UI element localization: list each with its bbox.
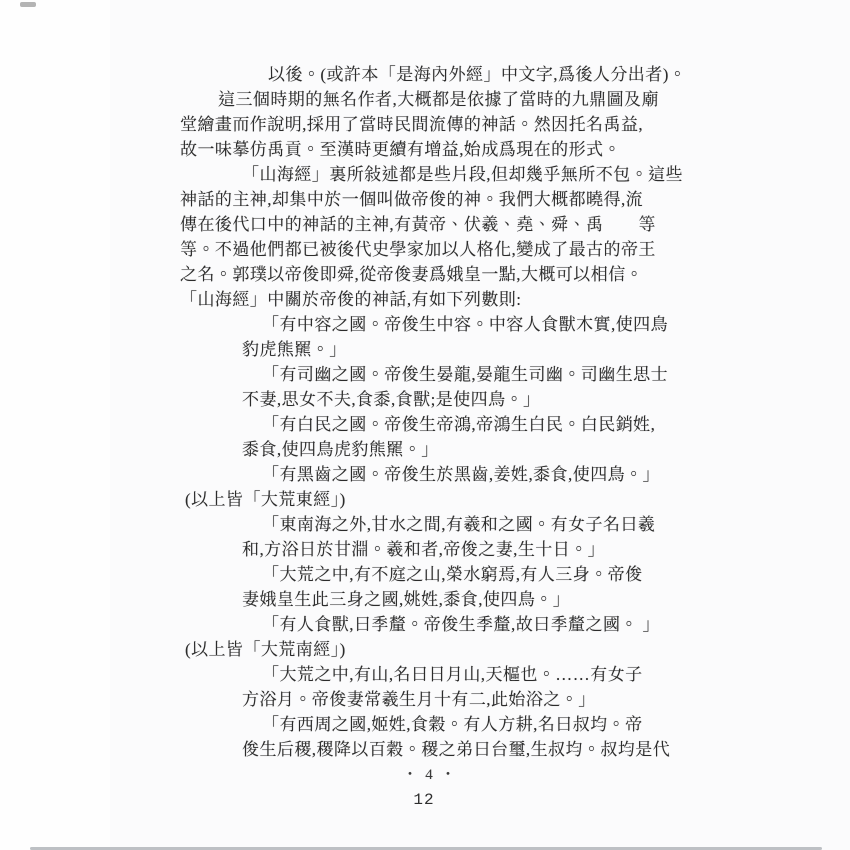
text-line: 黍食,使四鳥虎豹熊羆。」 [180, 437, 680, 462]
text-line: 不妻,思女不夫,食黍,食獸;是使四鳥。」 [180, 387, 680, 412]
text-line: 神話的主神,却集中於一個叫做帝俊的神。我們大概都曉得,流 [180, 187, 680, 212]
text-line: 傳在後代口中的神話的主神,有黃帝、伏羲、堯、舜、禹 等 [180, 212, 680, 237]
text-line: 「有西周之國,姬姓,食穀。有人方耕,名曰叔均。帝 [180, 712, 680, 737]
text-line: 這三個時期的無名作者,大概都是依據了當時的九鼎圖及廟 [180, 87, 680, 112]
text-line: 「有人食獸,曰季釐。帝俊生季釐,故曰季釐之國。 」 [180, 612, 680, 637]
text-line: 「東南海之外,甘水之間,有羲和之國。有女子名曰羲 [180, 512, 680, 537]
text-line: 俊生后稷,稷降以百穀。稷之弟曰台璽,生叔均。叔均是代 [180, 737, 680, 762]
text-line: 和,方浴日於甘淵。羲和者,帝俊之妻,生十日。」 [180, 537, 680, 562]
text-line: 「大荒之中,有山,名曰日月山,天樞也。……有女子 [180, 662, 680, 687]
page-number: 12 [0, 791, 848, 809]
text-line: 之名。郭璞以帝俊即舜,從帝俊妻爲娥皇一點,大概可以相信。 [180, 262, 680, 287]
text-line: 豹虎熊羆。」 [180, 337, 680, 362]
text-line: 「大荒之中,有不庭之山,榮水窮焉,有人三身。帝俊 [180, 562, 680, 587]
text-line: 故一味摹仿禹貢。至漢時更續有增益,始成爲現在的形式。 [180, 137, 680, 162]
text-line: 等。不過他們都已被後代史學家加以人格化,變成了最古的帝王 [180, 237, 680, 262]
text-line: (以上皆「大荒東經」) [180, 487, 680, 512]
scan-corner-mark [20, 2, 36, 7]
text-line: 「山海經」裏所敍述都是些片段,但却幾乎無所不包。這些 [180, 162, 680, 187]
text-block: 以後。(或許本「是海內外經」中文字,爲後人分出者)。這三個時期的無名作者,大概都… [180, 62, 680, 762]
text-line: 「山海經」中關於帝俊的神話,有如下列數則: [180, 287, 680, 312]
text-line: 堂繪畫而作說明,採用了當時民間流傳的神話。然因托名禹益, [180, 112, 680, 137]
text-line: 「有司幽之國。帝俊生晏龍,晏龍生司幽。司幽生思士 [180, 362, 680, 387]
text-line: 方浴月。帝俊妻常羲生月十有二,此始浴之。」 [180, 687, 680, 712]
text-line: 「有中容之國。帝俊生中容。中容人食獸木實,使四鳥 [180, 312, 680, 337]
book-page: 以後。(或許本「是海內外經」中文字,爲後人分出者)。這三個時期的無名作者,大概都… [0, 0, 850, 850]
text-line: (以上皆「大荒南經」) [180, 637, 680, 662]
folio-number: ・ 4 ・ [0, 763, 850, 784]
text-line: 妻娥皇生此三身之國,姚姓,黍食,使四鳥。」 [180, 587, 680, 612]
text-line: 以後。(或許本「是海內外經」中文字,爲後人分出者)。 [180, 62, 680, 87]
text-line: 「有白民之國。帝俊生帝鴻,帝鴻生白民。白民銷姓, [180, 412, 680, 437]
text-line: 「有黑齒之國。帝俊生於黑齒,姜姓,黍食,使四鳥。」 [180, 462, 680, 487]
